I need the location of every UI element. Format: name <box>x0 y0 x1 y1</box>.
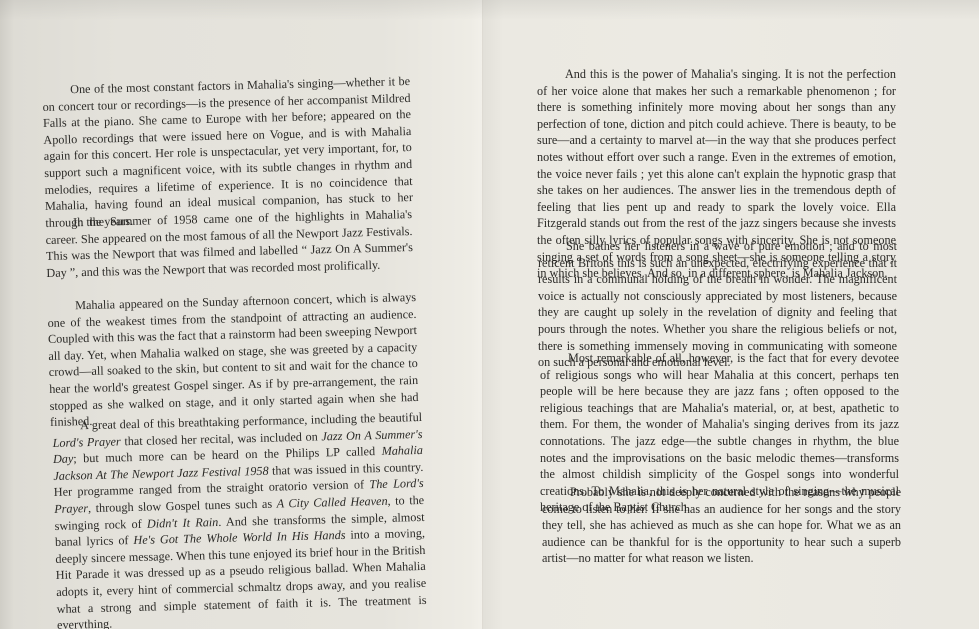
song-title: A City Called Heaven <box>277 494 388 511</box>
booklet-spread: One of the most constant factors in Maha… <box>0 0 979 629</box>
left-page: One of the most constant factors in Maha… <box>0 0 483 629</box>
paragraph-closing: Probably she is not deeply concerned wit… <box>542 484 901 567</box>
song-title: He's Got The Whole World In His Hands <box>133 528 345 547</box>
paragraph-performance-recordings: A great deal of this breathtaking perfor… <box>52 409 427 629</box>
song-title: Lord's Prayer <box>52 434 120 450</box>
right-page: And this is the power of Mahalia's singi… <box>483 0 979 629</box>
paragraph-newport-1958: In the Summer of 1958 came one of the hi… <box>45 206 414 281</box>
song-title: Didn't It Rain <box>147 515 219 531</box>
